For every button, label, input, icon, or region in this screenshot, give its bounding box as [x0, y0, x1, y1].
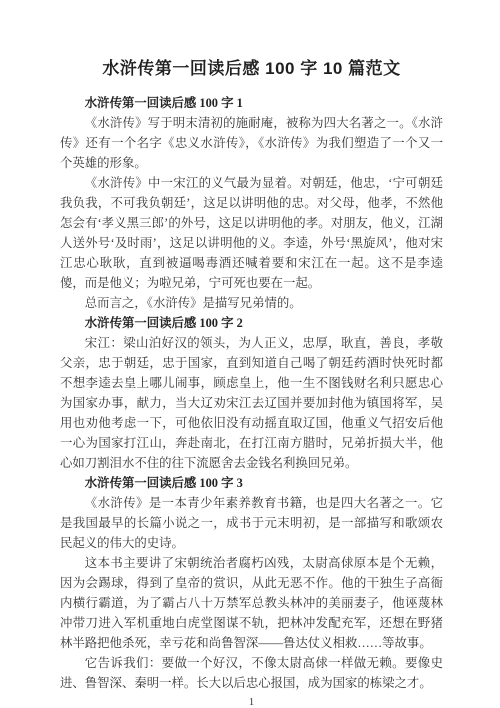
section-3-paragraph-1: 《水浒传》是一本青少年素养教育书籍，也是四大名著之一。它是我国最早的长篇小说之一…	[60, 493, 443, 553]
page-number: 1	[60, 694, 443, 708]
document-title: 水浒传第一回读后感 100 字 10 篇范文	[60, 56, 443, 82]
section-3-paragraph-2: 这本书主要讲了宋朝统治者腐朽凶残，太尉高俅原本是个无赖，因为会踢球，得到了皇帝的…	[60, 553, 443, 653]
section-3-heading: 水浒传第一回读后感 100 字 3	[60, 473, 443, 493]
section-1-paragraph-1: 《水浒传》写于明末清初的施耐庵，被称为四大名著之一。《水浒传》还有一个名字《忠义…	[60, 113, 443, 173]
section-1-paragraph-3: 总而言之，《水浒传》是描写兄弟情的。	[60, 293, 443, 313]
section-3-paragraph-3: 它告诉我们：要做一个好汉，不像太尉高俅一样做无赖。要像史进、鲁智深、秦明一样。长…	[60, 653, 443, 693]
document-page: 水浒传第一回读后感 100 字 10 篇范文 水浒传第一回读后感 100 字 1…	[0, 0, 500, 708]
essay-section-1: 水浒传第一回读后感 100 字 1 《水浒传》写于明末清初的施耐庵，被称为四大名…	[60, 93, 443, 313]
essay-section-2: 水浒传第一回读后感 100 字 2 宋江：梁山泊好汉的领头，为人正义，忠厚，耿直…	[60, 313, 443, 473]
section-2-heading: 水浒传第一回读后感 100 字 2	[60, 313, 443, 333]
essay-section-3: 水浒传第一回读后感 100 字 3 《水浒传》是一本青少年素养教育书籍，也是四大…	[60, 473, 443, 693]
section-2-paragraph-1: 宋江：梁山泊好汉的领头，为人正义，忠厚，耿直，善良，孝敬父亲，忠于朝廷，忠于国家…	[60, 333, 443, 473]
section-1-heading: 水浒传第一回读后感 100 字 1	[60, 93, 443, 113]
section-1-paragraph-2: 《水浒传》中一宋江的义气最为显着。对朝廷，他忠，‘宁可朝廷我负我，不可我负朝廷’…	[60, 173, 443, 293]
